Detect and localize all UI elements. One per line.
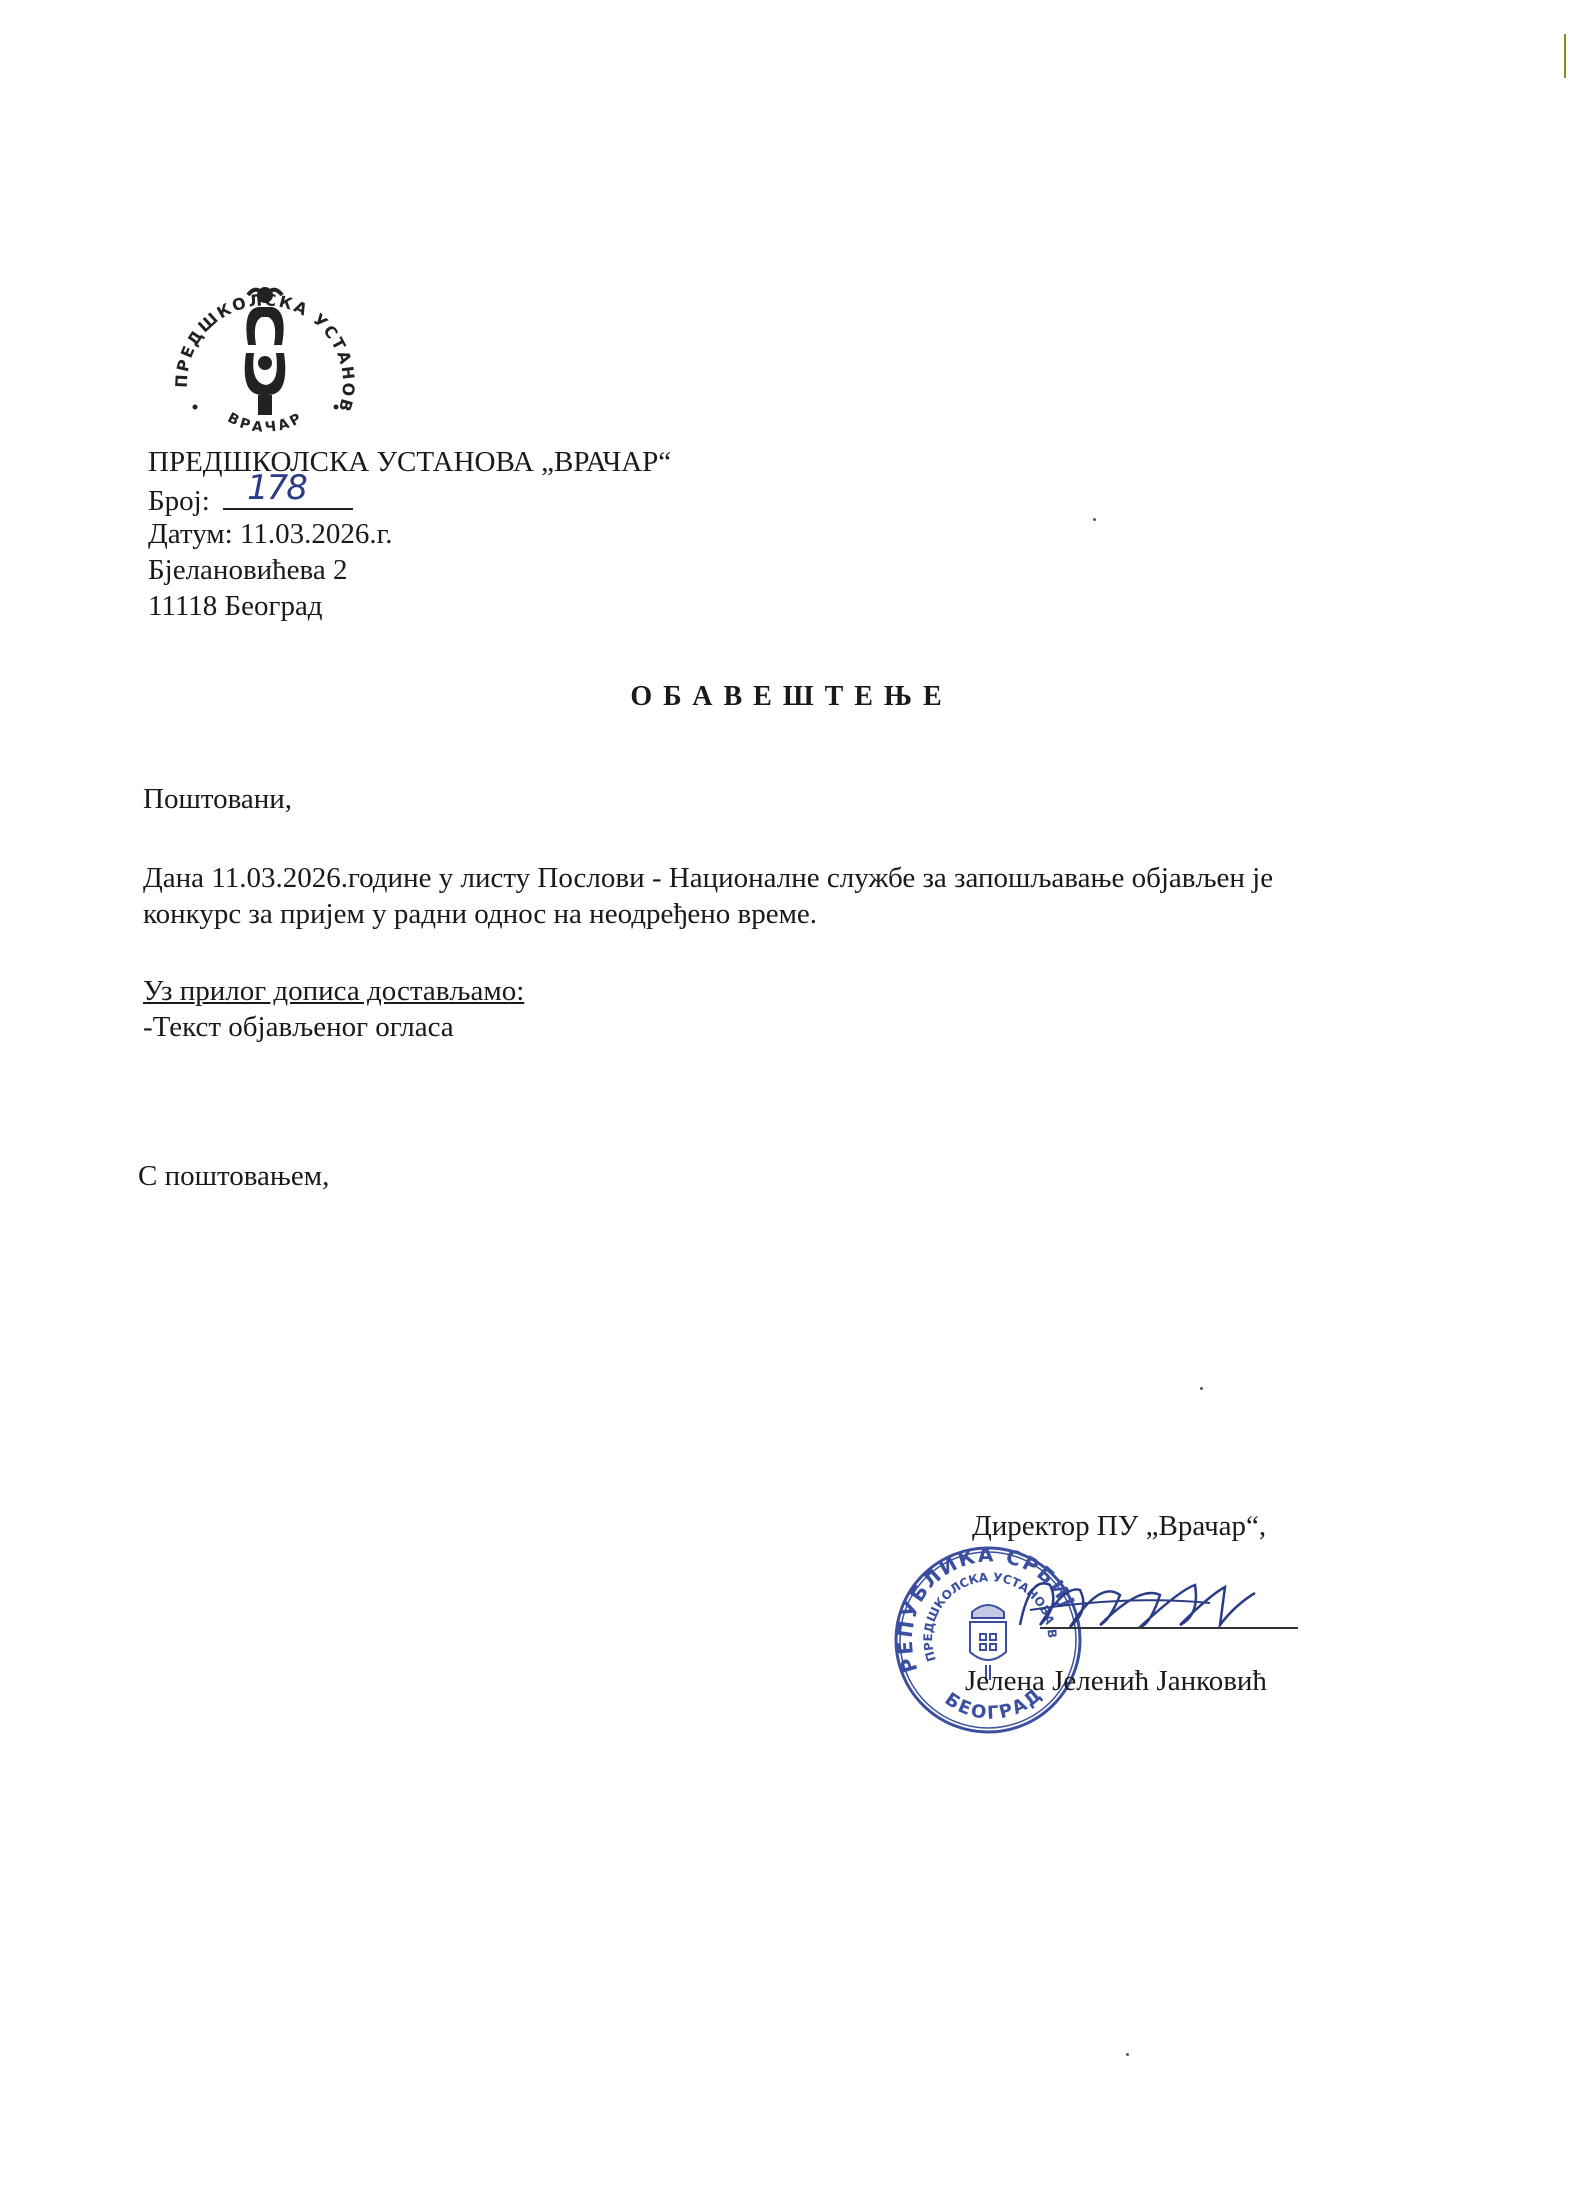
scan-speck (1200, 1387, 1203, 1390)
city-address: 11118 Београд (148, 588, 671, 624)
paragraph-line: конкурс за пријем у радни однос на неодр… (143, 896, 1443, 932)
signatory-name: Јелена Јеленић Јанковић (965, 1665, 1267, 1698)
closing-salutation: С поштовањем, (138, 1160, 329, 1193)
paragraph-line: Дана 11.03.2026.године у листу Послови -… (143, 860, 1443, 896)
scan-speck (1093, 518, 1096, 521)
letter-header: ПРЕДШКОЛСКА УСТАНОВА „ВРАЧАР“ Број: 178 … (148, 444, 671, 624)
institution-logo: ПРЕДШКОЛСКА УСТАНОВА ВРАЧАР (150, 255, 380, 435)
attachments-heading: Уз прилог дописа достављамо: (143, 975, 524, 1008)
letter-date: Датум: 11.03.2026.г. (148, 516, 671, 552)
document-title: ОБАВЕШТЕЊЕ (0, 681, 1583, 713)
signature-line (1040, 1627, 1298, 1629)
handwritten-number: 178 (247, 470, 306, 506)
greeting: Поштовани, (143, 783, 292, 816)
scan-speck (1126, 2053, 1129, 2056)
street-address: Бјелановићева 2 (148, 552, 671, 588)
handwritten-signature (1010, 1565, 1260, 1655)
attachment-item: -Текст објављеног огласа (143, 1011, 454, 1044)
signatory-title: Директор ПУ „Врачар“, (972, 1510, 1266, 1543)
scan-edge-mark (1564, 34, 1566, 78)
reference-number: Број: 178 (148, 480, 671, 516)
body-paragraph: Дана 11.03.2026.године у листу Послови -… (143, 860, 1443, 932)
reference-number-field: 178 (223, 480, 353, 510)
institution-name: ПРЕДШКОЛСКА УСТАНОВА „ВРАЧАР“ (148, 444, 671, 480)
